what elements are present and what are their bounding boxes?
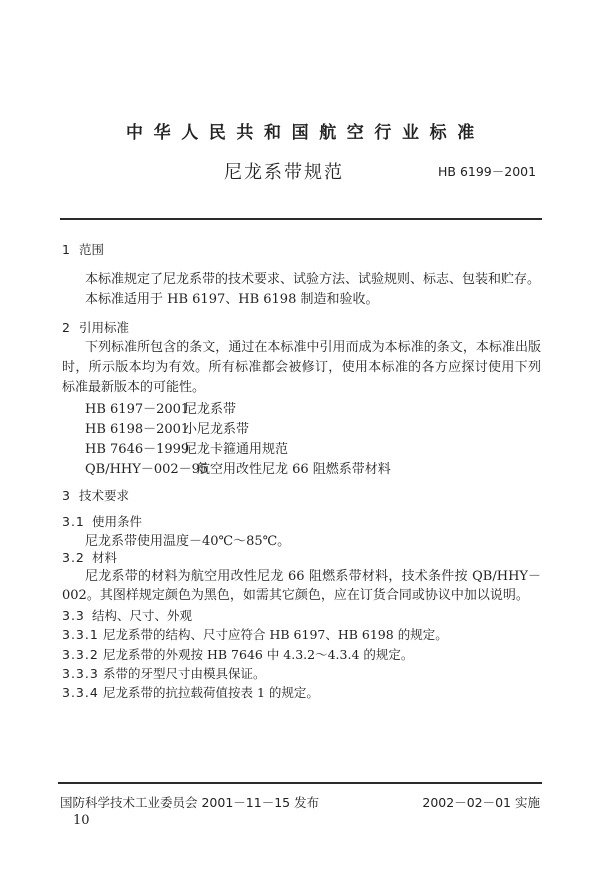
reference-code: HB 6198－2001 (85, 418, 184, 437)
subsection-title: 结构、尺寸、外观 (92, 608, 192, 623)
reference-name: 航空用改性尼龙 66 阻燃系带材料 (197, 462, 391, 477)
document-code: HB 6199－2001 (438, 162, 536, 180)
subsection-3-2-paragraph: 尼龙系带的材料为航空用改性尼龙 66 阻燃系带材料，技术条件按 QB/HHY－0… (62, 567, 541, 605)
section-3-heading: 3技术要求 (62, 486, 129, 504)
subsection-title: 使用条件 (92, 514, 142, 529)
reference-code: HB 7646－1999 (85, 438, 184, 457)
subsection-3-1-heading: 3.1使用条件 (62, 512, 142, 530)
section-1-heading: 1范围 (62, 240, 104, 258)
section-1-line-1: 本标准规定了尼龙系带的技术要求、试验方法、试验规则、标志、包装和贮存。 (85, 268, 540, 287)
reference-name: 小尼龙系带 (184, 422, 249, 437)
clause-3-3-4: 3.3.4尼龙系带的抗拉载荷值按表 1 的规定。 (62, 683, 319, 701)
subsection-3-3-heading: 3.3结构、尺寸、外观 (62, 606, 192, 624)
issue-statement: 国防科学技术工业委员会 2001－11－15 发布 (60, 793, 319, 811)
section-number: 3 (62, 488, 79, 503)
standard-category-heading: 中华人民共和国航空行业标准 (126, 118, 485, 143)
clause-number: 3.3.2 (62, 647, 103, 662)
section-2-paragraph: 下列标准所包含的条文，通过在本标准中引用而成为本标准的条文，本标准出版时，所示版… (62, 338, 541, 398)
section-number: 2 (62, 320, 79, 335)
clause-text: 尼龙系带的抗拉载荷值按表 1 的规定。 (103, 685, 319, 700)
reference-name: 尼龙系带 (184, 402, 236, 417)
clause-3-3-1: 3.3.1尼龙系带的结构、尺寸应符合 HB 6197、HB 6198 的规定。 (62, 625, 448, 643)
subsection-number: 3.2 (62, 550, 92, 565)
section-title: 引用标准 (79, 320, 129, 335)
clause-text: 尼龙系带的外观按 HB 7646 中 4.3.2～4.3.4 的规定。 (103, 647, 413, 662)
subsection-number: 3.1 (62, 514, 92, 529)
effective-date: 2002－02－01 实施 (422, 793, 540, 811)
clause-number: 3.3.3 (62, 666, 103, 681)
clause-text: 尼龙系带的结构、尺寸应符合 HB 6197、HB 6198 的规定。 (103, 627, 448, 642)
section-title: 范围 (79, 242, 104, 257)
subsection-number: 3.3 (62, 608, 92, 623)
header-divider (60, 218, 542, 220)
section-title: 技术要求 (79, 488, 129, 503)
reference-item: QB/HHY－002－95航空用改性尼龙 66 阻燃系带材料 (85, 458, 391, 477)
subsection-3-2-heading: 3.2材料 (62, 548, 117, 566)
footer-divider (58, 782, 542, 784)
clause-3-3-3: 3.3.3系带的牙型尺寸由模具保证。 (62, 664, 266, 682)
clause-number: 3.3.1 (62, 627, 103, 642)
reference-code: QB/HHY－002－95 (85, 458, 197, 477)
section-number: 1 (62, 242, 79, 257)
reference-code: HB 6197－2001 (85, 398, 184, 417)
reference-name: 尼龙卡箍通用规范 (184, 442, 288, 457)
document-title: 尼龙系带规范 (224, 158, 344, 184)
clause-3-3-2: 3.3.2尼龙系带的外观按 HB 7646 中 4.3.2～4.3.4 的规定。 (62, 645, 413, 663)
reference-item: HB 6197－2001尼龙系带 (85, 398, 236, 417)
clause-text: 系带的牙型尺寸由模具保证。 (103, 666, 266, 681)
section-1-line-2: 本标准适用于 HB 6197、HB 6198 制造和验收。 (85, 288, 378, 307)
subsection-3-1-text: 尼龙系带使用温度－40℃～85℃。 (85, 530, 290, 549)
section-2-heading: 2引用标准 (62, 318, 129, 336)
clause-number: 3.3.4 (62, 685, 103, 700)
reference-item: HB 6198－2001小尼龙系带 (85, 418, 249, 437)
page-number: 10 (73, 813, 90, 828)
reference-item: HB 7646－1999尼龙卡箍通用规范 (85, 438, 288, 457)
subsection-title: 材料 (92, 550, 117, 565)
